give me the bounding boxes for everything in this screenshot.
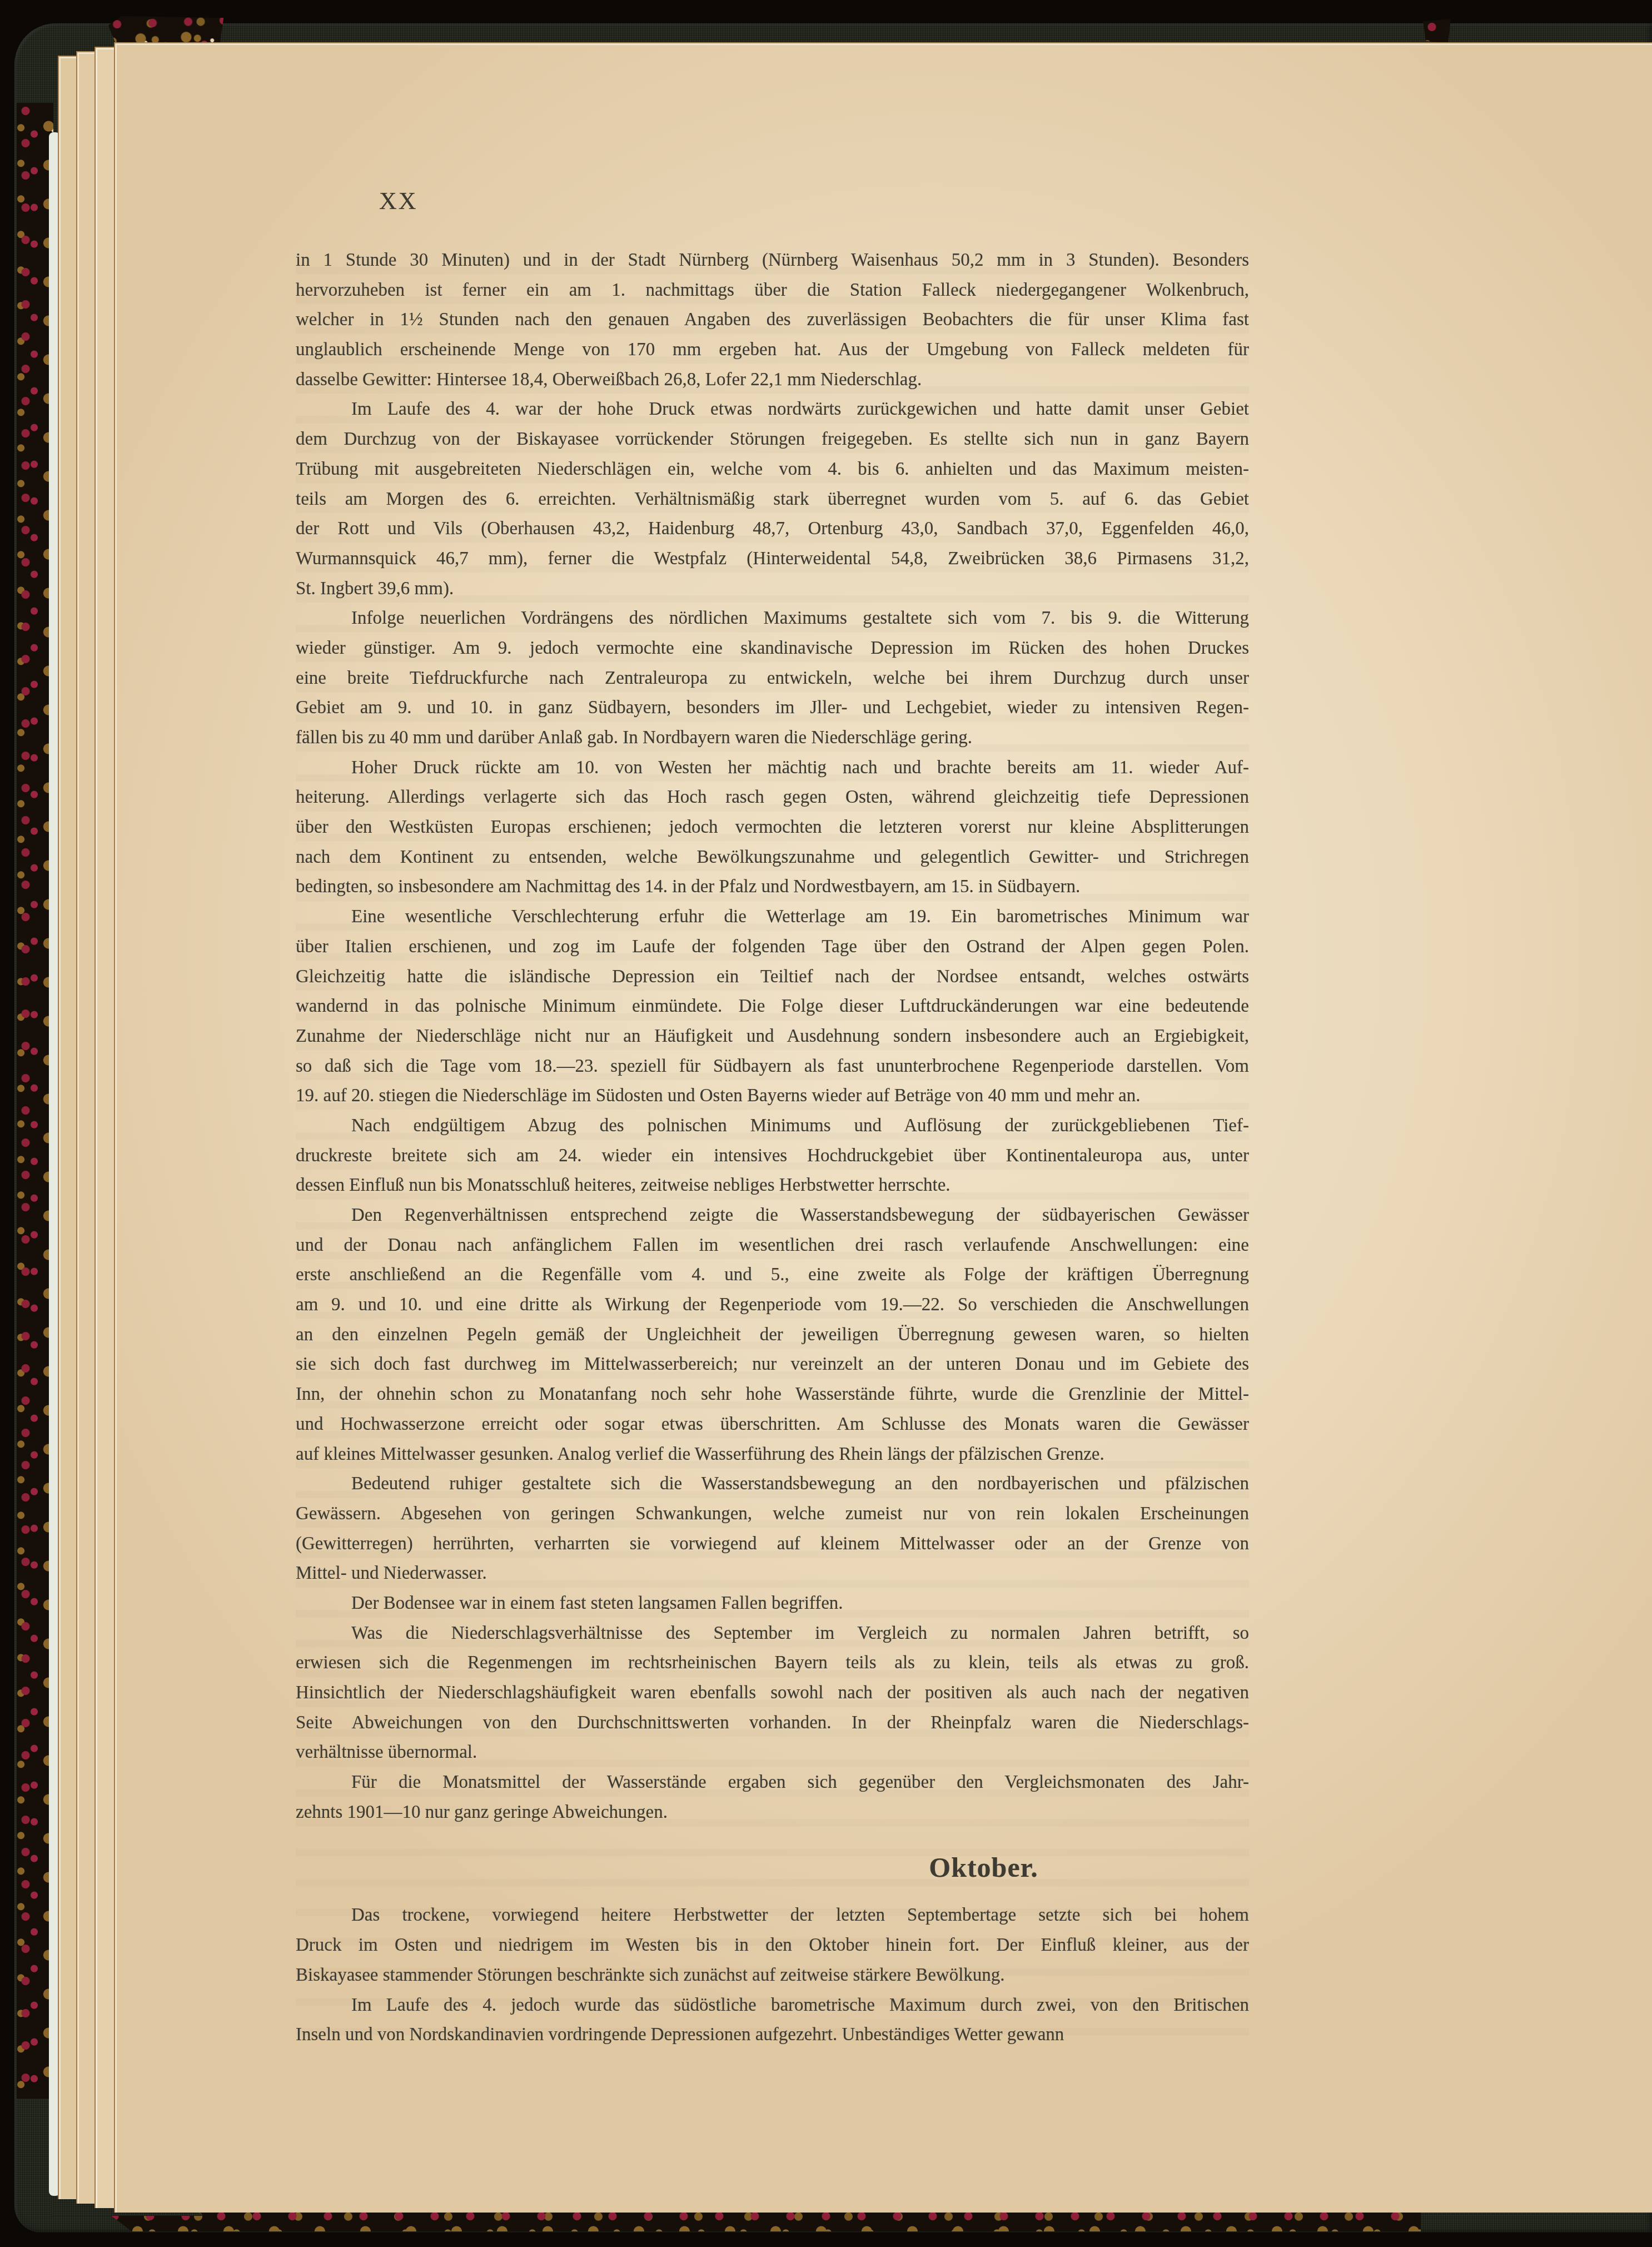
text-line: nach dem Kontinent zu entsenden, welche … <box>296 843 1249 873</box>
text-line: Nach endgültigem Abzug des polnischen Mi… <box>296 1111 1249 1141</box>
text-line: der Rott und Vils (Oberhausen 43,2, Haid… <box>296 514 1249 544</box>
text-line: an den einzelnen Pegeln gemäß der Unglei… <box>296 1320 1249 1350</box>
text-line: und der Donau nach anfänglichem Fallen i… <box>296 1231 1249 1261</box>
text-line: Im Laufe des 4. jedoch wurde das südöstl… <box>296 1991 1249 2021</box>
text-line: Gleichzeitig hatte die isländische Depre… <box>296 962 1249 992</box>
text-line: Mittel- und Niederwasser. <box>296 1559 1249 1589</box>
text-line: teils am Morgen des 6. erreichten. Verhä… <box>296 485 1249 515</box>
text-line: Gewässern. Abgesehen von geringen Schwan… <box>296 1499 1249 1529</box>
text-line: auf kleines Mittelwasser gesunken. Analo… <box>296 1440 1249 1470</box>
text-line: am 9. und 10. und eine dritte als Wirkun… <box>296 1290 1249 1320</box>
text-line: erste anschließend an die Regenfälle vom… <box>296 1260 1249 1290</box>
scanned-book-page: XX in 1 Stunde 30 Minuten) und in der St… <box>0 0 1652 2247</box>
marbled-paper-top-corner <box>108 12 225 46</box>
page-number: XX <box>379 187 418 215</box>
text-line: über den Westküsten Europas erschienen; … <box>296 813 1249 843</box>
text-line: Trübung mit ausgebreiteten Niederschläge… <box>296 455 1249 485</box>
text-line: verhältnisse übernormal. <box>296 1738 1249 1768</box>
marbled-paper-left-edge <box>17 103 53 2099</box>
marbled-paper-top-right-fragment <box>1423 19 1451 43</box>
text-line: Infolge neuerlichen Vordrängens des nörd… <box>296 604 1249 634</box>
text-line: dessen Einfluß nun bis Monatsschluß heit… <box>296 1171 1249 1201</box>
text-line: unglaublich erscheinende Menge von 170 m… <box>296 335 1249 365</box>
text-line: Den Regenverhältnissen entsprechend zeig… <box>296 1201 1249 1231</box>
text-line: Der Bodensee war in einem fast steten la… <box>296 1589 1249 1619</box>
text-line: druckreste breitete sich am 24. wieder e… <box>296 1141 1249 1171</box>
text-line: sie sich doch fast durchweg im Mittelwas… <box>296 1350 1249 1380</box>
section-heading: Oktober. <box>507 1851 1460 1884</box>
text-line: Druck im Osten und niedrigem im Westen b… <box>296 1931 1249 1961</box>
text-line: 19. auf 20. stiegen die Niederschläge im… <box>296 1081 1249 1111</box>
text-line: Biskayasee stammender Störungen beschrän… <box>296 1961 1249 1991</box>
text-line: Das trockene, vorwiegend heitere Herbstw… <box>296 1901 1249 1931</box>
text-line: Hinsichtlich der Niederschlagshäufigkeit… <box>296 1678 1249 1708</box>
text-line: so daß sich die Tage vom 18.—23. speziel… <box>296 1052 1249 1082</box>
text-line: Bedeutend ruhiger gestaltete sich die Wa… <box>296 1469 1249 1499</box>
text-line: erwiesen sich die Regenmengen im rechtsr… <box>296 1648 1249 1678</box>
text-line: Zunahme der Niederschläge nicht nur an H… <box>296 1022 1249 1052</box>
text-line: hervorzuheben ist ferner ein am 1. nachm… <box>296 276 1249 306</box>
text-line: Im Laufe des 4. war der hohe Druck etwas… <box>296 395 1249 425</box>
text-block: in 1 Stunde 30 Minuten) und in der Stadt… <box>296 246 1249 2050</box>
text-line: Was die Niederschlagsverhältnisse des Se… <box>296 1619 1249 1649</box>
text-line: bedingten, so insbesondere am Nachmittag… <box>296 872 1249 902</box>
text-line: dasselbe Gewitter: Hintersee 18,4, Oberw… <box>296 365 1249 395</box>
text-line: wieder günstiger. Am 9. jedoch vermochte… <box>296 634 1249 664</box>
text-line: heiterung. Allerdings verlagerte sich da… <box>296 783 1249 813</box>
text-line: Hoher Druck rückte am 10. von Westen her… <box>296 753 1249 783</box>
book-page: XX in 1 Stunde 30 Minuten) und in der St… <box>114 42 1652 2213</box>
text-line: in 1 Stunde 30 Minuten) und in der Stadt… <box>296 246 1249 276</box>
text-line: Eine wesentliche Verschlechterung erfuhr… <box>296 902 1249 932</box>
text-line: (Gewitterregen) herrührten, verharrten s… <box>296 1529 1249 1559</box>
text-line: Wurmannsquick 46,7 mm), ferner die Westp… <box>296 544 1249 574</box>
text-line: Gebiet am 9. und 10. in ganz Südbayern, … <box>296 693 1249 723</box>
text-line: wandernd in das polnische Minimum einmün… <box>296 992 1249 1022</box>
text-line: eine breite Tiefdruckfurche nach Zentral… <box>296 664 1249 694</box>
text-line: Für die Monatsmittel der Wasserstände er… <box>296 1768 1249 1798</box>
text-line: über Italien erschienen, und zog im Lauf… <box>296 932 1249 962</box>
text-line: welcher in 1½ Stunden nach den genauen A… <box>296 305 1249 335</box>
text-line: dem Durchzug von der Biskayasee vorrücke… <box>296 425 1249 455</box>
text-line: St. Ingbert 39,6 mm). <box>296 574 1249 604</box>
text-line: Seite Abweichungen von den Durchschnitts… <box>296 1708 1249 1738</box>
text-line: Inn, der ohnehin schon zu Monatanfang no… <box>296 1380 1249 1410</box>
text-line: zehnts 1901—10 nur ganz geringe Abweichu… <box>296 1798 1249 1828</box>
text-line: fällen bis zu 40 mm und darüber Anlaß ga… <box>296 723 1249 753</box>
text-line: Inseln und von Nordskandinavien vordring… <box>296 2020 1249 2050</box>
text-line: und Hochwasserzone erreicht oder sogar e… <box>296 1410 1249 1440</box>
